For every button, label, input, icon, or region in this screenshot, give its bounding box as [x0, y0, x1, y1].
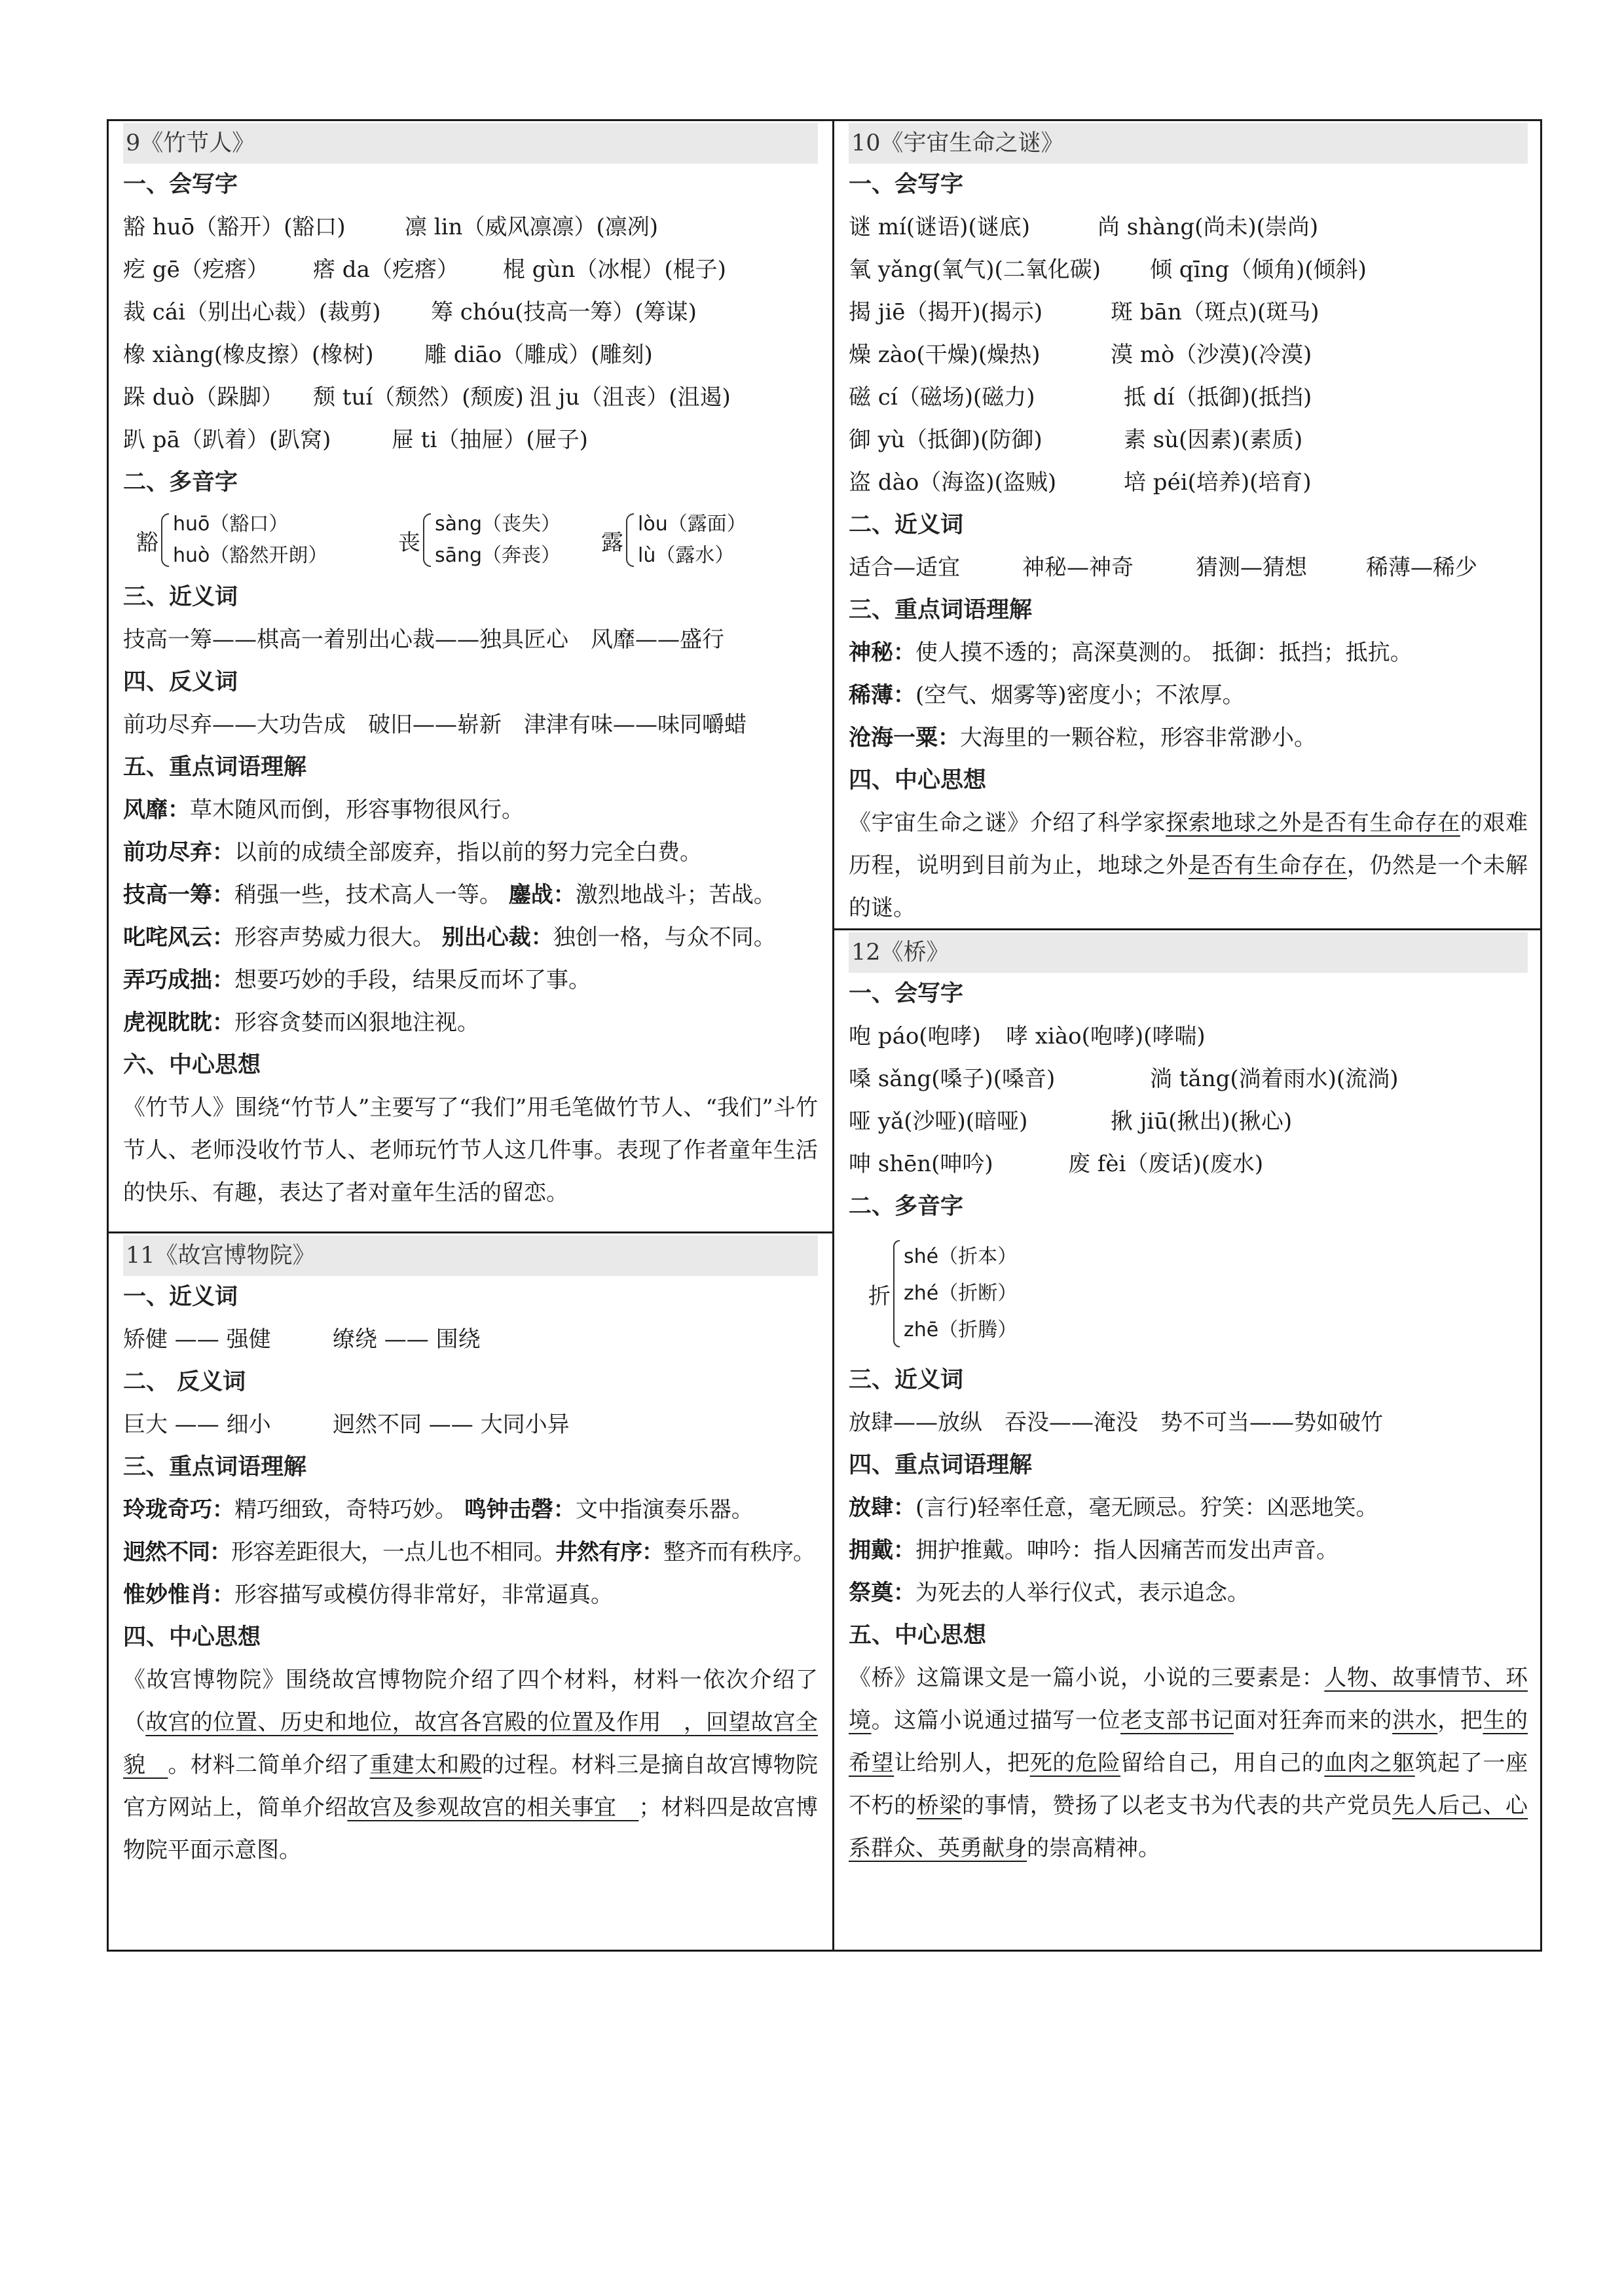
char-row: 氧 yǎng(氧气)(二氧化碳)倾 qīng（倾角)(倾斜) — [849, 249, 1528, 291]
char-row: 揭 jiē（揭开)(揭示)斑 bān（斑点)(斑马) — [849, 291, 1528, 334]
polyphone-group: 露 lòu（露面）lù（露水） — [601, 509, 747, 572]
polyphone-group: 丧 sàng（丧失）sāng（奔丧） — [398, 509, 575, 572]
definition-row: 弄巧成拙：想要巧妙的手段，结果反而坏了事。 — [123, 959, 818, 1002]
section-heading: 四、中心思想 — [849, 759, 1528, 802]
char-row: 疙 gē（疙瘩）瘩 da（疙瘩）棍 gùn（冰棍）(棍子) — [123, 249, 818, 291]
antonym-row: 巨大 —— 细小迥然不同 —— 大同小异 — [123, 1404, 818, 1446]
polyphone-block: 折 shé（折本）zhé（折断）zhē（折腾） — [868, 1228, 1528, 1359]
section-heading: 二、近义词 — [849, 504, 1528, 547]
notes-table: 9《竹节人》 一、会写字 豁 huō（豁开）(豁口)凛 lin（威风凛凛）(凛冽… — [107, 119, 1542, 1952]
section-heading: 四、重点词语理解 — [849, 1444, 1528, 1487]
section-heading: 三、近义词 — [849, 1359, 1528, 1402]
polyphone-block: 豁 huō（豁口）huò（豁然开朗） 丧 sàng（丧失）sāng（奔丧） 露 … — [136, 504, 818, 576]
lesson-title: 12《桥》 — [849, 932, 1528, 973]
char-row: 燥 zào(干燥)(燥热)漠 mò（沙漠)(冷漠) — [849, 334, 1528, 376]
lesson-9-cell: 9《竹节人》 一、会写字 豁 huō（豁开）(豁口)凛 lin（威风凛凛）(凛冽… — [109, 121, 832, 1231]
synonym-row: 技高一筹——棋高一着别出心裁——独具匠心 风靡——盛行 — [123, 619, 818, 661]
definition-row: 神秘：使人摸不透的；高深莫测的。 抵御：抵挡；抵抗。 — [849, 632, 1528, 674]
definition-row: 风靡：草木随风而倒，形容事物很风行。 — [123, 789, 818, 831]
section-heading: 二、多音字 — [849, 1186, 1528, 1228]
section-heading: 二、 反义词 — [123, 1361, 818, 1404]
polyphone-group: 豁 huō（豁口）huò（豁然开朗） — [136, 509, 372, 572]
synonym-row: 适合—适宜神秘—神奇猜测—猜想稀薄—稀少 — [849, 547, 1528, 589]
brace-icon — [893, 1240, 900, 1347]
definition-row: 技高一筹：稍强一些，技术高人一等。 鏖战：激烈地战斗；苦战。 — [123, 874, 818, 917]
char-row: 裁 cái（别出心裁）(裁剪)筹 chóu(技高一筹）(筹谋) — [123, 291, 818, 334]
section-heading: 五、重点词语理解 — [123, 746, 818, 789]
section-heading: 四、中心思想 — [123, 1616, 818, 1659]
definition-row: 沧海一粟：大海里的一颗谷粒，形容非常渺小。 — [849, 717, 1528, 759]
synonym-row: 放肆——放纵 吞没——淹没 势不可当——势如破竹 — [849, 1402, 1528, 1444]
brace-icon — [423, 513, 431, 567]
char-row: 盗 dào（海盗)(盗贼)培 péi(培养)(培育) — [849, 462, 1528, 504]
definition-row: 前功尽弃：以前的成绩全部废弃，指以前的努力完全白费。 — [123, 831, 818, 874]
section-heading: 一、会写字 — [849, 973, 1528, 1015]
central-idea: 《桥》这篇课文是一篇小说，小说的三要素是：人物、故事情节、环境。这篇小说通过描写… — [849, 1657, 1528, 1870]
char-row: 咆 páo(咆哮)哮 xiào(咆哮)(哮喘) — [849, 1015, 1528, 1058]
lesson-10-cell: 10《宇宙生命之谜》 一、会写字 谜 mí(谜语)(谜底)尚 shàng(尚未)… — [834, 121, 1542, 928]
brace-icon — [161, 513, 169, 567]
definition-row: 稀薄：(空气、烟雾等)密度小；不浓厚。 — [849, 674, 1528, 717]
antonym-row: 前功尽弃——大功告成 破旧——崭新 津津有味——味同嚼蜡 — [123, 704, 818, 746]
definition-row: 放肆：(言行)轻率任意，毫无顾忌。狞笑：凶恶地笑。 — [849, 1487, 1528, 1529]
central-idea: 《宇宙生命之谜》介绍了科学家探索地球之外是否有生命存在的艰难历程，说明到目前为止… — [849, 802, 1528, 928]
definition-row: 玲珑奇巧：精巧细致，奇特巧妙。 鸣钟击磬：文中指演奏乐器。 — [123, 1489, 818, 1531]
definition-row: 拥戴：拥护推戴。呻吟：指人因痛苦而发出声音。 — [849, 1529, 1528, 1572]
definition-row: 迥然不同：形容差距很大，一点儿也不相同。井然有序：整齐而有秩序。 — [123, 1531, 818, 1574]
lesson-title: 9《竹节人》 — [123, 123, 818, 164]
section-heading: 四、反义词 — [123, 661, 818, 704]
char-row: 哑 yǎ(沙哑)(暗哑)揪 jiū(揪出)(揪心) — [849, 1101, 1528, 1143]
char-row: 豁 huō（豁开）(豁口)凛 lin（威风凛凛）(凛冽) — [123, 206, 818, 249]
char-row: 呻 shēn(呻吟)废 fèi（废话)(废水) — [849, 1143, 1528, 1186]
brace-icon — [626, 513, 634, 567]
section-heading: 一、会写字 — [123, 164, 818, 206]
definition-row: 祭奠：为死去的人举行仪式，表示追念。 — [849, 1572, 1528, 1614]
char-row: 磁 cí（磁场)(磁力)抵 dí（抵御)(抵挡) — [849, 376, 1528, 419]
section-heading: 三、重点词语理解 — [123, 1446, 818, 1489]
char-row: 趴 pā（趴着）(趴窝)屉 ti（抽屉）(屉子) — [123, 419, 818, 462]
section-heading: 二、多音字 — [123, 462, 818, 504]
lesson-11-cell: 11《故宫博物院》 一、近义词 矫健 —— 强健缭绕 —— 围绕 二、 反义词 … — [109, 1233, 832, 1952]
char-row: 谜 mí(谜语)(谜底)尚 shàng(尚未)(崇尚) — [849, 206, 1528, 249]
lesson-12-cell: 12《桥》 一、会写字 咆 páo(咆哮)哮 xiào(咆哮)(哮喘) 嗓 sǎ… — [834, 930, 1542, 1952]
char-row: 橡 xiàng(橡皮擦）(橡树)雕 diāo（雕成）(雕刻) — [123, 334, 818, 376]
char-row: 御 yù（抵御)(防御)素 sù(因素)(素质) — [849, 419, 1528, 462]
section-heading: 三、近义词 — [123, 576, 818, 619]
section-heading: 六、中心思想 — [123, 1044, 818, 1087]
lesson-title: 11《故宫博物院》 — [123, 1235, 818, 1276]
definition-row: 虎视眈眈：形容贪婪而凶狠地注视。 — [123, 1002, 818, 1044]
char-row: 跺 duò（跺脚）颓 tuí（颓然）(颓废)沮 ju（沮丧）(沮遏) — [123, 376, 818, 419]
central-idea: 《竹节人》围绕“竹节人”主要写了“我们”用毛笔做竹节人、“我们”斗竹节人、老师没… — [123, 1087, 818, 1214]
synonym-row: 矫健 —— 强健缭绕 —— 围绕 — [123, 1319, 818, 1361]
char-row: 嗓 sǎng(嗓子)(嗓音)淌 tǎng(淌着雨水)(流淌) — [849, 1058, 1528, 1101]
section-heading: 一、近义词 — [123, 1276, 818, 1319]
section-heading: 五、中心思想 — [849, 1614, 1528, 1657]
definition-row: 惟妙惟肖：形容描写或模仿得非常好，非常逼真。 — [123, 1574, 818, 1616]
definition-row: 叱咤风云：形容声势威力很大。 别出心裁：独创一格，与众不同。 — [123, 917, 818, 959]
section-heading: 三、重点词语理解 — [849, 589, 1528, 632]
section-heading: 一、会写字 — [849, 164, 1528, 206]
central-idea: 《故宫博物院》围绕故宫博物院介绍了四个材料，材料一依次介绍了（故宫的位置、历史和… — [123, 1659, 818, 1872]
lesson-title: 10《宇宙生命之谜》 — [849, 123, 1528, 164]
